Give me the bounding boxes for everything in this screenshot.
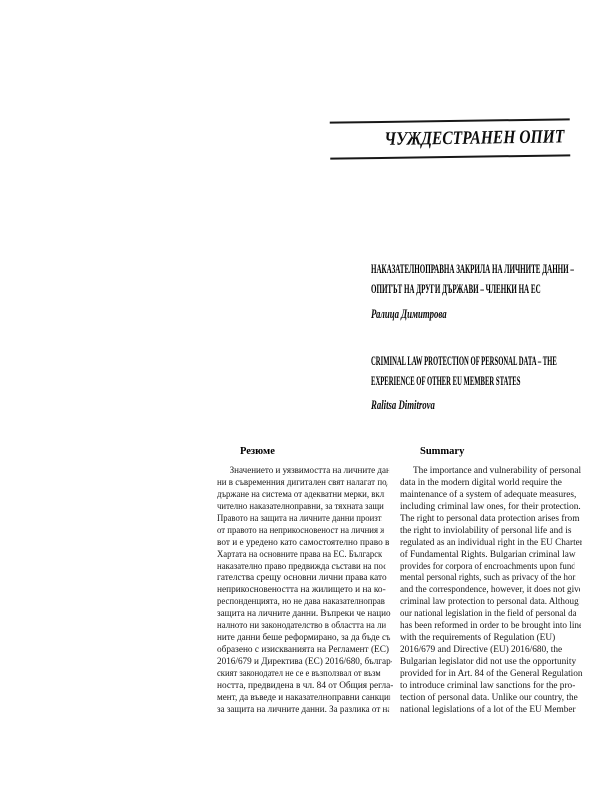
abstract-en-text-line: to introduce criminal law sanctions for …: [400, 681, 583, 693]
abstract-bg-text-line: неприкосновеността на жилището и на ко-: [217, 585, 394, 597]
abstract-column-english: Summary The importance and vulnerability…: [400, 445, 583, 717]
abstract-en-text-line: our national legislation in the field of…: [400, 609, 576, 621]
abstract-en-text-line: The importance and vulnerability of pers…: [400, 466, 583, 478]
abstract-en-text-line: mental personal rights, such as privacy …: [400, 573, 575, 585]
abstract-bg-text-line: защита на личните данни. Въпреки че наци…: [217, 609, 391, 621]
abstract-text-english: The importance and vulnerability of pers…: [400, 466, 583, 717]
article-title-en-line: EXPERIENCE OF OTHER EU MEMBER STATES: [371, 371, 557, 391]
scanned-journal-page: ЧУЖДЕСТРАНЕН ОПИТ НАКАЗАТЕЛНОПРАВНА ЗАКР…: [0, 0, 600, 800]
abstract-en-text-line: has been reformed in order to be brought…: [400, 621, 581, 633]
abstract-en-text-line: the right to inviolability of personal l…: [400, 526, 583, 538]
abstract-en-text-line: 2016/679 and Directive (EU) 2016/680, th…: [400, 645, 583, 657]
abstract-en-text-line: including criminal law ones, for their p…: [400, 502, 583, 514]
abstract-bg-text-line: ни в съвременния дигитален свят налагат …: [217, 478, 387, 490]
abstract-en-text-line: criminal law protection to personal data…: [400, 597, 579, 609]
abstract-en-text-line: data in the modern digital world require…: [400, 478, 583, 490]
abstract-en-text-line: and the correspondence, however, it does…: [400, 585, 580, 597]
abstract-bg-text-line: държане на система от адекватни мерки, в…: [217, 490, 385, 502]
abstract-en-text-line: provides for corpora of encroachments up…: [400, 562, 574, 574]
abstract-bg-text-line: от правото на неприкосновеност на личния…: [217, 526, 384, 538]
section-header: ЧУЖДЕСТРАНЕН ОПИТ: [330, 120, 570, 157]
abstract-text-bulgarian: Значението и уязвимостта на личните дан-…: [217, 466, 394, 717]
abstract-bg-text-line: Правото на защита на личните данни произ…: [217, 514, 382, 526]
abstract-heading-bulgarian: Резюме: [240, 445, 394, 458]
abstract-en-text-line: regulated as an individual right in the …: [400, 538, 582, 550]
abstract-bg-text-line: 2016/679 и Директива (ЕС) 2016/680, бълг…: [217, 657, 392, 669]
author-name-bg: Ралица Димитрова: [371, 307, 447, 322]
abstract-en-text-line: tection of personal data. Unlike our cou…: [400, 693, 583, 705]
abstract-bg-text-line: ните данни беше реформирано, за да бъде …: [217, 633, 390, 645]
abstract-bg-text-line: Хартата на основните права на ЕС. Българ…: [217, 550, 382, 562]
abstract-bg-text-line: чително наказателноправни, за тяхната за…: [217, 502, 384, 514]
section-header-title: ЧУЖДЕСТРАНЕН ОПИТ: [384, 126, 564, 151]
abstract-bg-text-line: наказателно право предвижда състави на п…: [217, 562, 385, 574]
author-name-en: Ralitsa Dimitrova: [371, 398, 435, 413]
abstract-column-bulgarian: Резюме Значението и уязвимостта на лични…: [217, 445, 394, 717]
abstract-en-text-line: with the requirements of Regulation (EU): [400, 633, 583, 645]
abstract-en-text-line: national legislations of a lot of the EU…: [400, 705, 583, 717]
abstract-bg-text-line: гателства срещу основни лични права като: [217, 573, 394, 585]
abstract-heading-english: Summary: [420, 445, 583, 458]
article-title-bg-line: НАКАЗАТЕЛНОПРАВНА ЗАКРИЛА НА ЛИЧНИТЕ ДАН…: [371, 259, 574, 279]
abstract-bg-text-line: мент, да въведе и наказателноправни санк…: [217, 693, 390, 705]
article-title-english: CRIMINAL LAW PROTECTION OF PERSONAL DATA…: [371, 351, 557, 391]
article-author-bulgarian: Ралица Димитрова: [371, 307, 479, 322]
abstract-bg-text-line: вот и е уредено като самостоятелно право…: [217, 538, 394, 550]
abstract-bg-text-line: респонденцията, но не дава наказателнопр…: [217, 597, 385, 609]
abstract-bg-text-line: за защита на личните данни. За разлика о…: [217, 705, 389, 717]
abstract-en-text-line: Bulgarian legislator did not use the opp…: [400, 657, 583, 669]
abstract-bg-text-line: ският законодател не се е възползвал от …: [217, 669, 380, 681]
article-title-en-line: CRIMINAL LAW PROTECTION OF PERSONAL DATA…: [371, 351, 557, 371]
abstract-en-text-line: of Fundamental Rights. Bulgarian crimina…: [400, 550, 583, 562]
abstract-bg-text-line: ността, предвидена в чл. 84 от Общия рег…: [217, 681, 394, 693]
abstract-bg-text-line: образено с изискванията на Регламент (ЕС…: [217, 645, 394, 657]
abstract-en-text-line: maintenance of a system of adequate meas…: [400, 490, 583, 502]
article-title-bulgarian: НАКАЗАТЕЛНОПРАВНА ЗАКРИЛА НА ЛИЧНИТЕ ДАН…: [371, 259, 574, 299]
article-title-bg-line: ОПИТЪТ НА ДРУГИ ДЪРЖАВИ – ЧЛЕНКИ НА ЕС: [371, 279, 574, 299]
abstract-en-text-line: provided for in Art. 84 of the General R…: [400, 669, 583, 681]
article-author-english: Ralitsa Dimitrova: [371, 398, 462, 413]
abstract-bg-text-line: налното ни законодателство в областта на…: [217, 621, 385, 633]
section-header-band: ЧУЖДЕСТРАНЕН ОПИТ: [330, 118, 571, 159]
abstract-en-text-line: The right to personal data protection ar…: [400, 514, 583, 526]
abstract-bg-text-line: Значението и уязвимостта на личните дан-: [217, 466, 389, 478]
